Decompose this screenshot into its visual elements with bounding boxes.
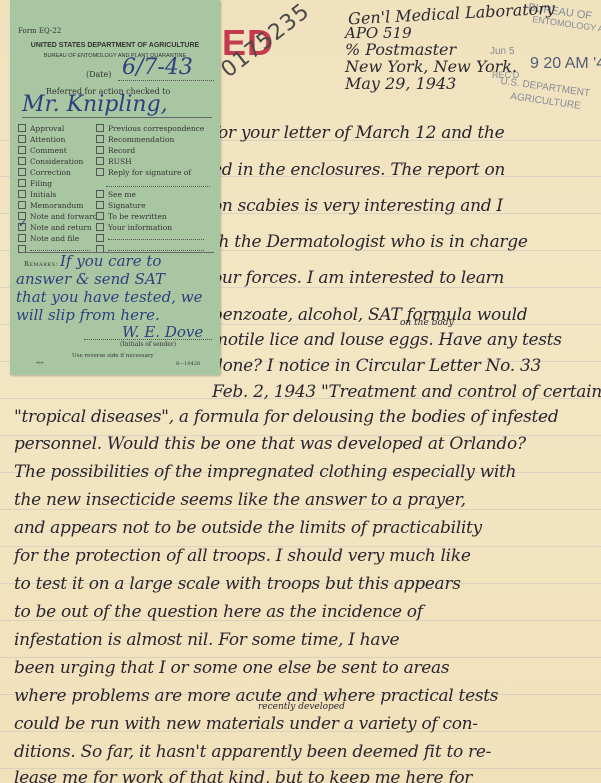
option-approval: Approval (18, 124, 64, 133)
blank-line (108, 250, 204, 251)
body-line: could be run with new materials under a … (14, 714, 478, 734)
option-label: Note and return (30, 223, 92, 232)
option-filing: Filing (18, 179, 52, 188)
body-line: personnel. Would this be one that was de… (14, 434, 526, 454)
checkbox (18, 168, 26, 176)
remarks-label: Remarks: (24, 260, 58, 268)
option-consideration: Consideration (18, 157, 83, 166)
option-label: Memorandum (30, 201, 83, 210)
option-label: Consideration (30, 157, 83, 166)
routing-slip: Form EQ-22 UNITED STATES DEPARTMENT OF A… (10, 0, 220, 375)
option-note-and-file: Note and file (18, 234, 79, 243)
body-line: done? I notice in Circular Letter No. 33 (212, 356, 541, 376)
stamp-time: 9 20 AM '43 (530, 55, 601, 73)
option-blank (96, 234, 204, 243)
remark-line: that you have tested, we (16, 288, 202, 306)
body-line: motile lice and louse eggs. Have any tes… (212, 330, 562, 350)
body-line: ditions. So far, it hasn't apparently be… (14, 742, 491, 762)
option-label: Signature (108, 201, 146, 210)
checkbox (96, 124, 104, 132)
date-field-line (118, 80, 214, 81)
body-line: been urging that I or some one else be s… (14, 658, 449, 678)
remark-line: answer & send SAT (16, 270, 165, 288)
blank-line (108, 239, 204, 240)
option-your-information: Your information (96, 223, 172, 232)
option-signature: Signature (96, 201, 146, 210)
option-label: See me (108, 190, 136, 199)
checkbox (96, 223, 104, 231)
body-line: th the Dermatologist who is in charge (212, 232, 528, 252)
body-line: to be out of the question here as the in… (14, 602, 423, 622)
option-label: Recommendation (108, 135, 174, 144)
option-rush: RUSH (96, 157, 132, 166)
option-see-me: See me (96, 190, 136, 199)
stars-mark: *** (36, 361, 44, 367)
body-line: on scabies is very interesting and I (212, 196, 503, 216)
date-value: 6/7-43 (122, 55, 193, 80)
referred-to: Mr. Knipling, (22, 92, 168, 117)
checkbox (96, 135, 104, 143)
option-label: Previous correspondence (108, 124, 204, 133)
option-label: Initials (30, 190, 56, 199)
blank-line (30, 250, 90, 251)
option-reply-for-signature: Reply for signature of (96, 168, 191, 177)
checkbox (96, 168, 104, 176)
checkbox (96, 234, 104, 242)
body-line: for your letter of March 12 and the (212, 123, 504, 143)
option-correction: Correction (18, 168, 71, 177)
option-label: To be rewritten (108, 212, 167, 221)
checkbox (18, 157, 26, 165)
checkbox-checked (18, 223, 26, 231)
form-code: 8—10428 (176, 361, 200, 367)
stamp-date: Jun 5 (490, 46, 514, 57)
checkbox (96, 201, 104, 209)
option-blank-line (106, 181, 210, 190)
checkbox (96, 157, 104, 165)
option-attention: Attention (18, 135, 65, 144)
option-recommendation: Recommendation (96, 135, 174, 144)
body-line: benzoate, alcohol, SAT formula would (212, 305, 527, 325)
body-line: for the protection of all troops. I shou… (14, 546, 471, 566)
option-label: Reply for signature of (108, 168, 191, 177)
body-line: the new insecticide seems like the answe… (14, 490, 466, 510)
insertion-recently-developed: recently developed (258, 702, 345, 712)
checkbox (18, 179, 26, 187)
option-label: Note and forward (30, 212, 98, 221)
department-heading: UNITED STATES DEPARTMENT OF AGRICULTURE (10, 42, 220, 49)
remark-line: If you care to (60, 252, 161, 270)
body-line: and appears not to be outside the limits… (14, 518, 482, 538)
option-label: RUSH (108, 157, 132, 166)
option-memorandum: Memorandum (18, 201, 83, 210)
body-line: where problems are more acute and where … (14, 686, 498, 706)
date-label: (Date) (86, 70, 111, 79)
option-label: Record (108, 146, 135, 155)
checkbox (96, 146, 104, 154)
insertion-on-the-body: on the body (400, 318, 454, 328)
body-line: Feb. 2, 1943 "Treatment and control of c… (212, 382, 601, 402)
body-line: infestation is almost nil. For some time… (14, 630, 399, 650)
option-label: Filing (30, 179, 52, 188)
signature-line (84, 339, 212, 340)
body-line: The possibilities of the impregnated clo… (14, 462, 516, 482)
checkbox (18, 124, 26, 132)
option-label: Approval (30, 124, 64, 133)
form-number: Form EQ-22 (18, 27, 61, 35)
option-label: Comment (30, 146, 67, 155)
checkbox (18, 234, 26, 242)
checkbox (18, 190, 26, 198)
option-comment: Comment (18, 146, 67, 155)
checkbox (96, 190, 104, 198)
blank-line (106, 186, 210, 187)
option-label: Correction (30, 168, 71, 177)
option-note-and-forward: Note and forward (18, 212, 98, 221)
checkbox (96, 212, 104, 220)
body-line: ed in the enclosures. The report on (212, 160, 505, 180)
letter-date: May 29, 1943 (345, 74, 456, 93)
body-line: "tropical diseases", a formula for delou… (14, 407, 558, 427)
option-record: Record (96, 146, 135, 155)
reverse-note: Use reverse side if necessary (72, 353, 154, 359)
body-line: to test it on a large scale with troops … (14, 574, 461, 594)
option-previous-correspondence: Previous correspondence (96, 124, 204, 133)
referred-line (22, 117, 212, 118)
option-label: Attention (30, 135, 65, 144)
option-initials: Initials (18, 190, 56, 199)
body-line: our forces. I am interested to learn (212, 268, 504, 288)
option-label: Note and file (30, 234, 79, 243)
option-to-be-rewritten: To be rewritten (96, 212, 167, 221)
checkbox (18, 201, 26, 209)
body-line: lease me for work of that kind, but to k… (14, 768, 472, 783)
remark-line: will slip from here. (16, 306, 160, 324)
option-note-and-return: Note and return (18, 223, 92, 232)
checkbox (18, 146, 26, 154)
initials-label: (Initials of sender) (120, 341, 176, 348)
option-label: Your information (108, 223, 172, 232)
checkbox (18, 135, 26, 143)
